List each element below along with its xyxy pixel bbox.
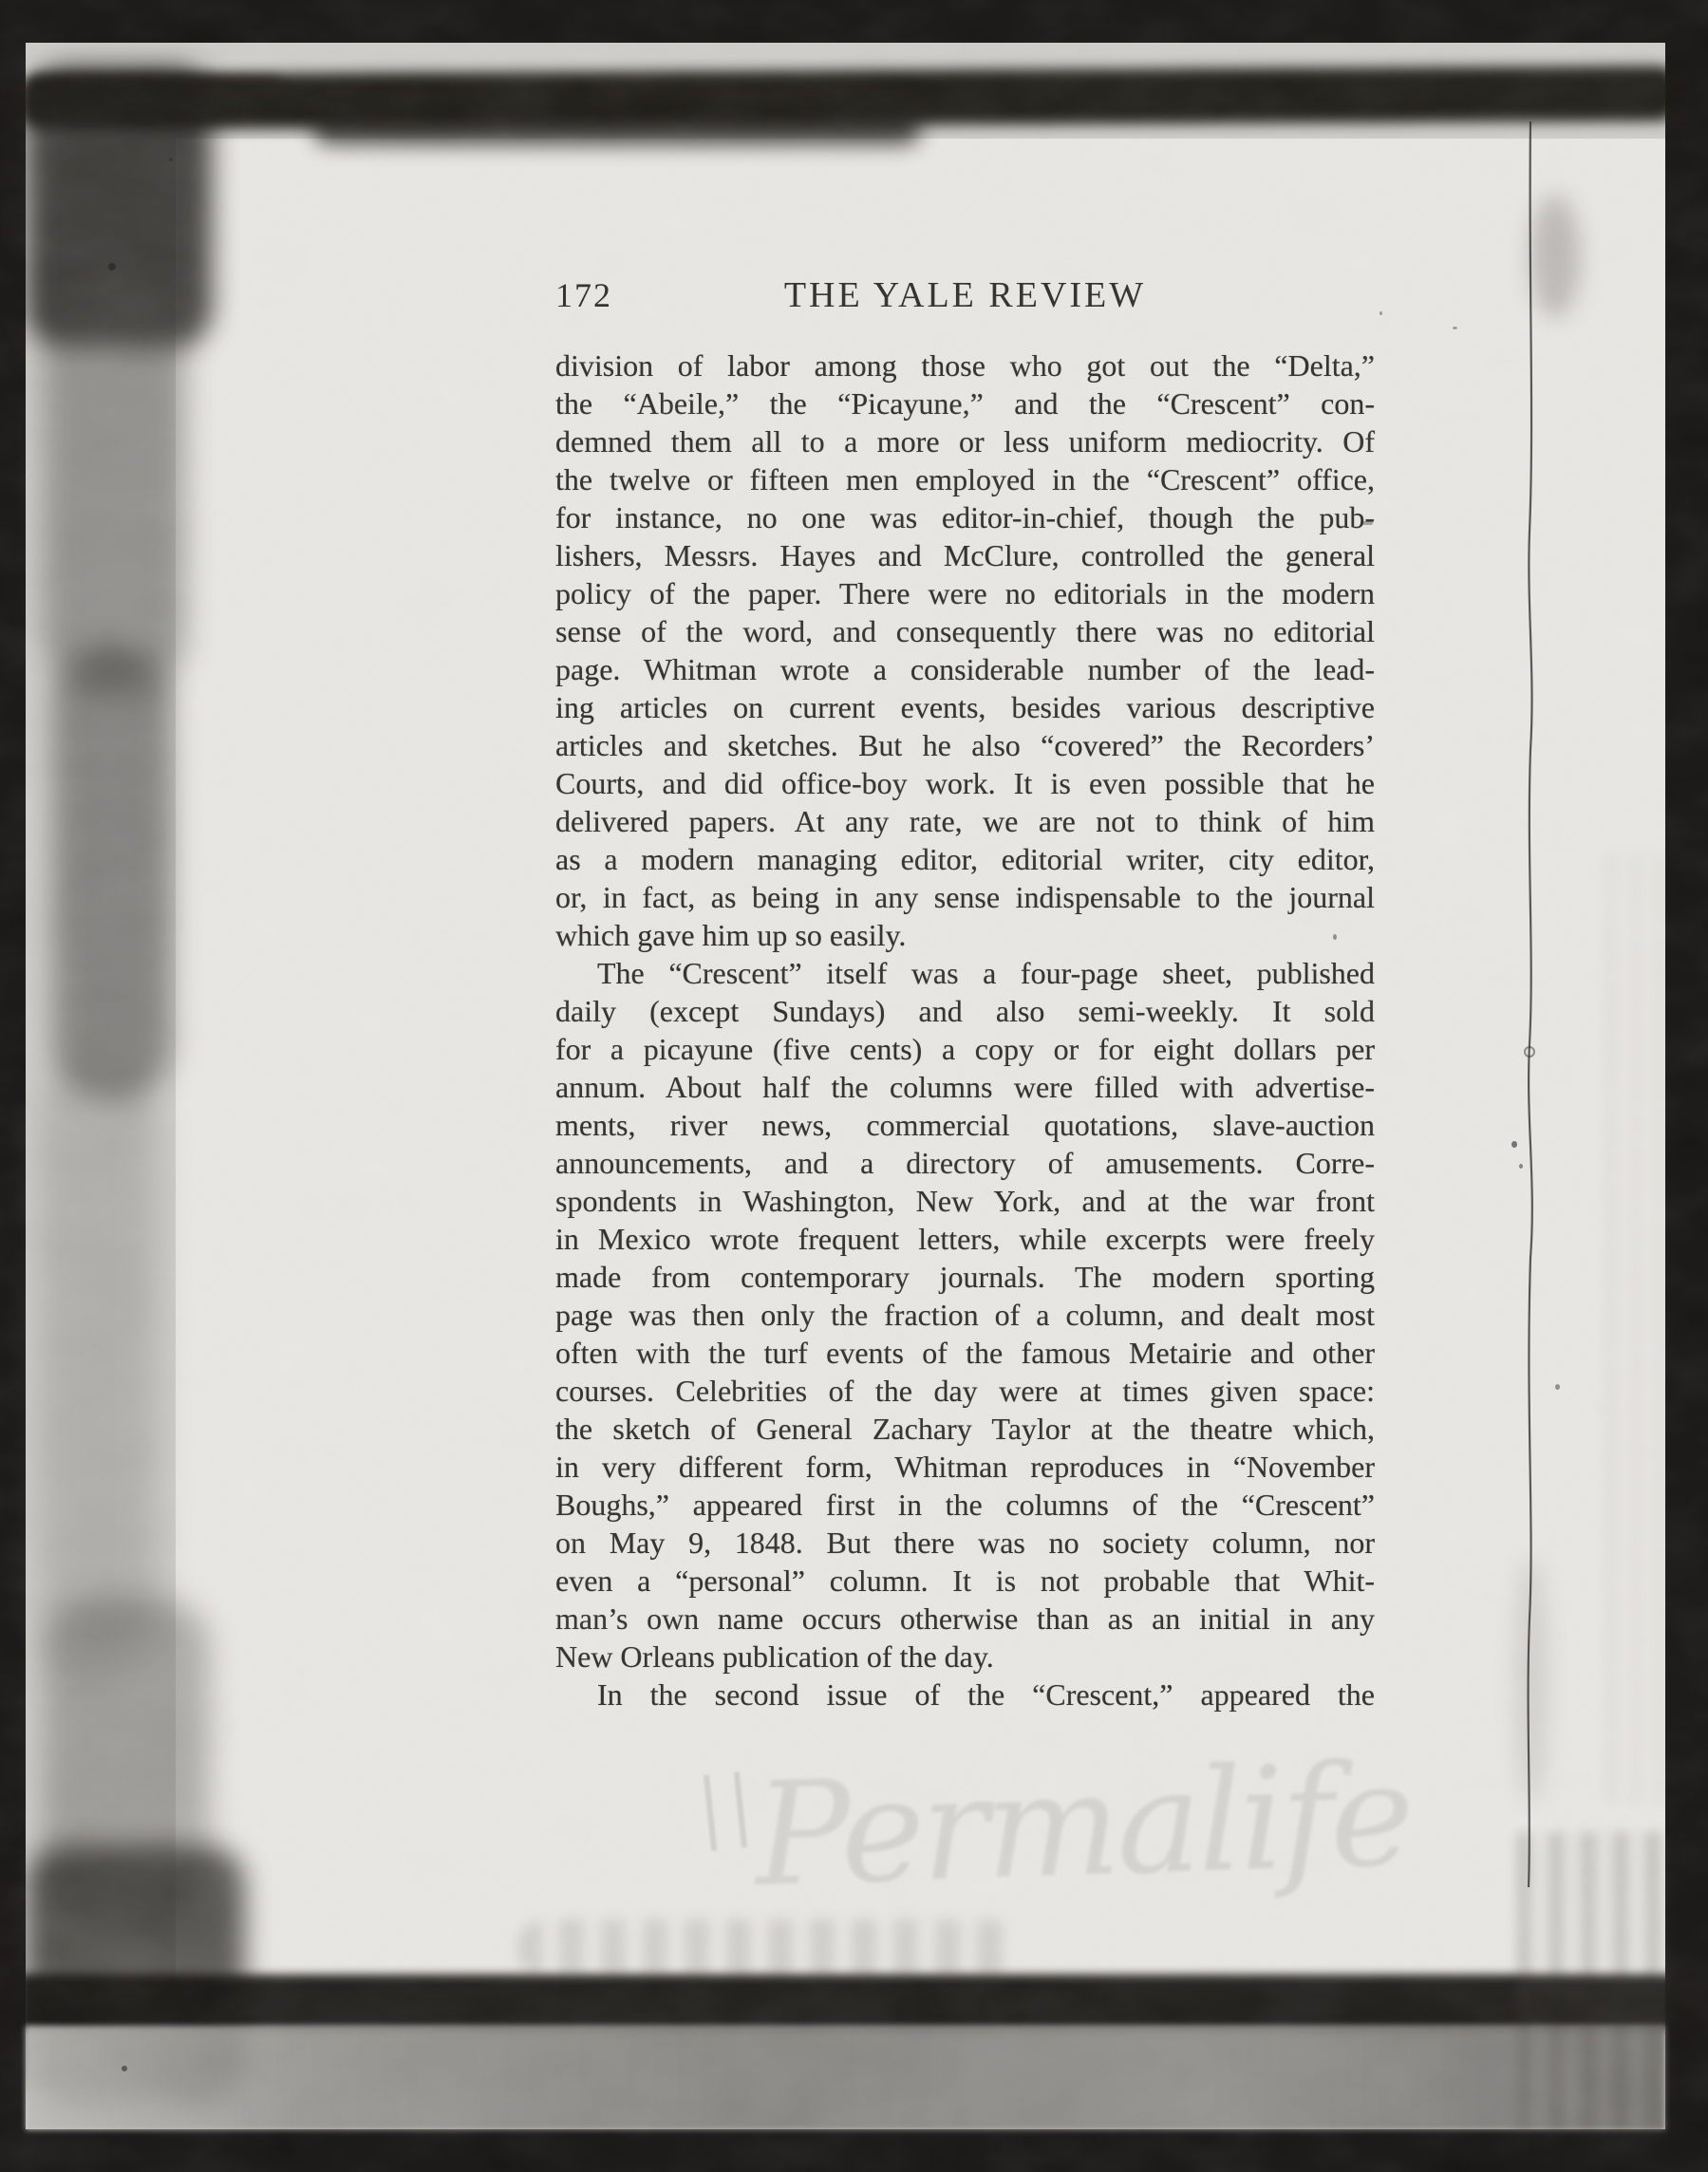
text-line: Boughs,” appeared first in the columns o…: [555, 1486, 1375, 1524]
text-line: sense of the word, and consequently ther…: [555, 612, 1375, 650]
ink-speck: [1333, 934, 1337, 940]
paragraph: The “Crescent” itself was a four-page sh…: [555, 954, 1375, 1676]
text-line: In the second issue of the “Crescent,” a…: [555, 1676, 1375, 1713]
ink-speck: [1555, 1384, 1560, 1390]
text-line: even a “personal” column. It is not prob…: [555, 1562, 1375, 1600]
text-line: Courts, and did office-boy work. It is e…: [555, 764, 1375, 802]
text-line: spondents in Washington, New York, and a…: [555, 1182, 1375, 1220]
text-line: demned them all to a more or less unifor…: [555, 422, 1375, 460]
text-line: or, in fact, as being in any sense indis…: [555, 878, 1375, 916]
text-line: lishers, Messrs. Hayes and McClure, cont…: [555, 536, 1375, 574]
text-line: New Orleans publication of the day.: [555, 1638, 1375, 1676]
ink-speck: [1361, 521, 1373, 525]
ink-speck: [1519, 1164, 1523, 1169]
paragraph: In the second issue of the “Crescent,” a…: [555, 1676, 1375, 1713]
text-line: annum. About half the columns were fille…: [555, 1068, 1375, 1106]
text-line: in very different form, Whitman reproduc…: [555, 1448, 1375, 1486]
text-line: as a modern managing editor, editorial w…: [555, 840, 1375, 878]
text-line: articles and sketches. But he also “cove…: [555, 726, 1375, 764]
text-line: for instance, no one was editor-in-chief…: [555, 498, 1375, 536]
text-line: page was then only the fraction of a col…: [555, 1296, 1375, 1334]
text-line: the twelve or fifteen men employed in th…: [555, 460, 1375, 498]
text-line: division of labor among those who got ou…: [555, 346, 1375, 384]
text-line: made from contemporary journals. The mod…: [555, 1258, 1375, 1296]
text-line: on May 9, 1848. But there was no society…: [555, 1524, 1375, 1562]
text-line: for a picayune (five cents) a copy or fo…: [555, 1030, 1375, 1068]
running-head: THE YALE REVIEW: [555, 274, 1375, 316]
text-line: man’s own name occurs otherwise than as …: [555, 1600, 1375, 1638]
text-line: in Mexico wrote frequent letters, while …: [555, 1220, 1375, 1258]
ink-speck: [169, 158, 173, 161]
text-line: The “Crescent” itself was a four-page sh…: [555, 954, 1375, 992]
text-line: the “Abeile,” the “Picayune,” and the “C…: [555, 384, 1375, 422]
page-number: 172: [555, 274, 612, 316]
ink-speck: [1380, 311, 1382, 315]
text-line: ing articles on current events, besides …: [555, 688, 1375, 726]
text-line: ments, river news, commercial quotations…: [555, 1106, 1375, 1144]
ink-speck: [1511, 1141, 1517, 1148]
page-body-text: division of labor among those who got ou…: [555, 346, 1375, 1713]
text-line: often with the turf events of the famous…: [555, 1334, 1375, 1372]
text-line: daily (except Sundays) and also semi-wee…: [555, 992, 1375, 1030]
text-line: announcements, and a directory of amusem…: [555, 1144, 1375, 1182]
ink-speck: [1453, 327, 1457, 329]
text-line: delivered papers. At any rate, we are no…: [555, 802, 1375, 840]
page-header: 172 THE YALE REVIEW: [555, 274, 1375, 316]
text-line: the sketch of General Zachary Taylor at …: [555, 1410, 1375, 1448]
text-line: which gave him up so easily.: [555, 916, 1375, 954]
ink-speck: [122, 2066, 127, 2071]
permalife-watermark: Permalife: [752, 1731, 1478, 1919]
paragraph: division of labor among those who got ou…: [555, 346, 1375, 954]
text-line: page. Whitman wrote a considerable numbe…: [555, 650, 1375, 688]
text-line: courses. Celebrities of the day were at …: [555, 1372, 1375, 1410]
ink-speck: [108, 263, 116, 271]
text-line: policy of the paper. There were no edito…: [555, 574, 1375, 612]
